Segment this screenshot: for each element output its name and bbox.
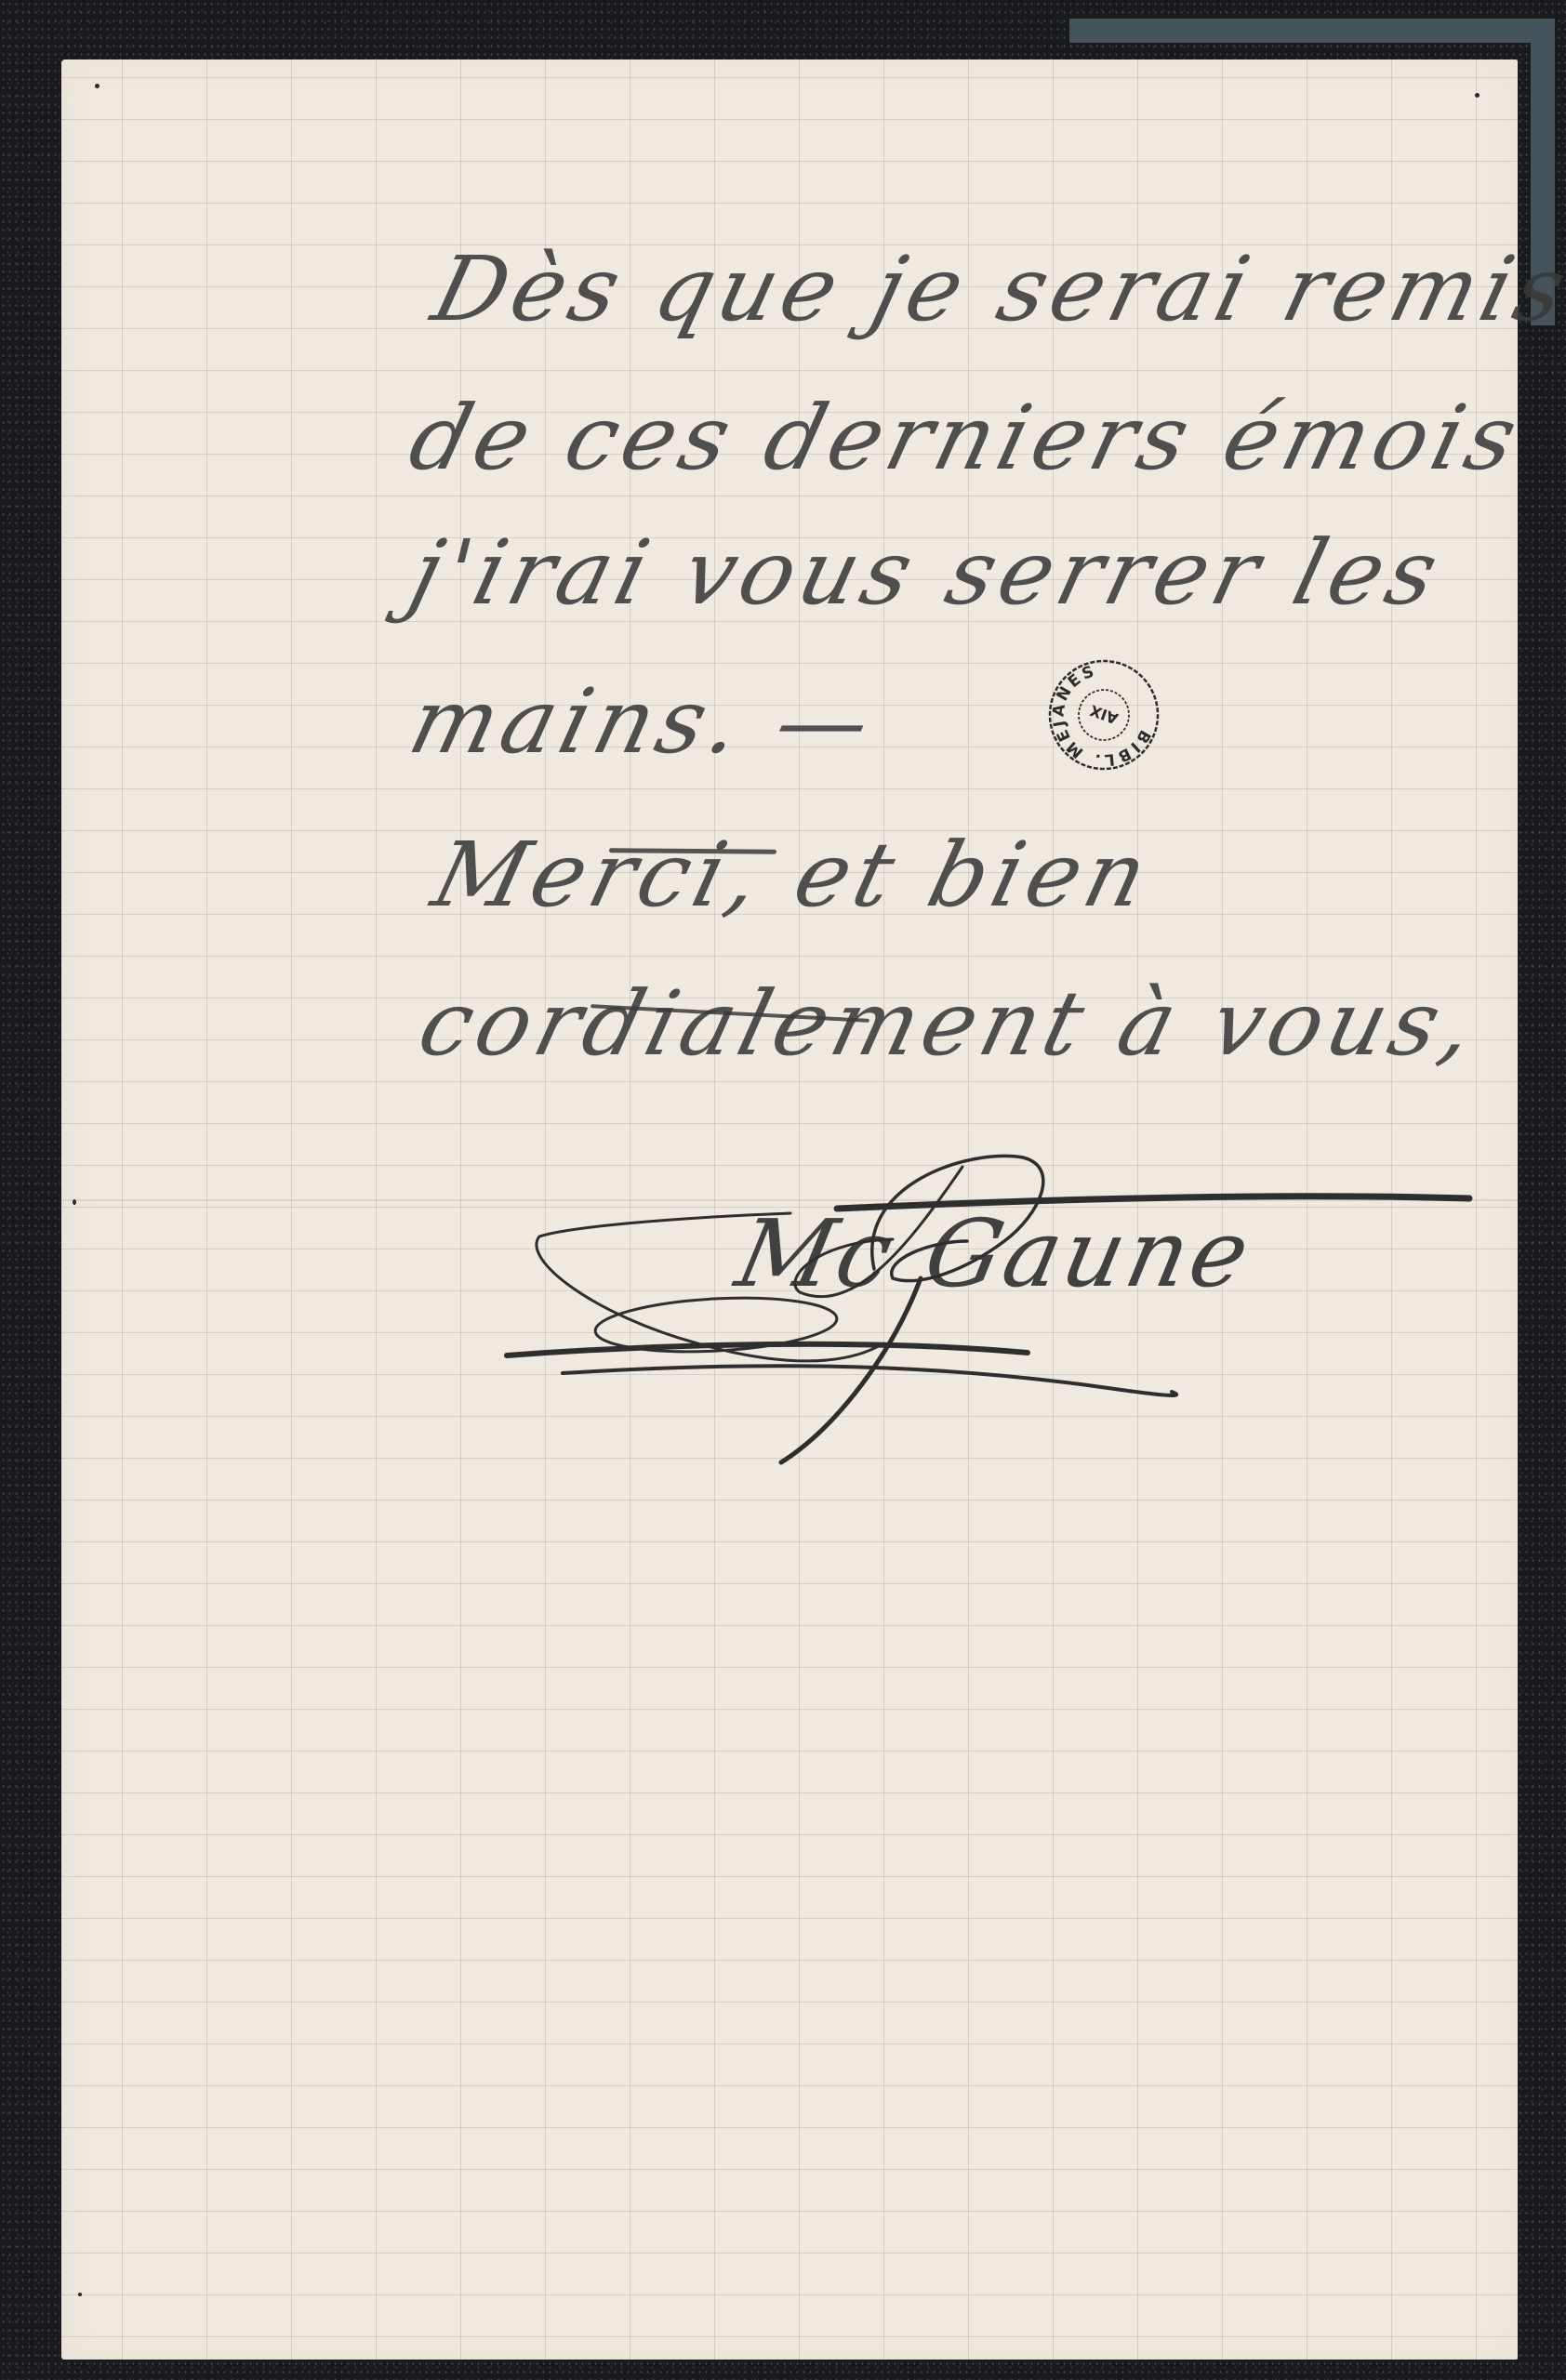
letter-line-1: Dès que je serai remis [423,237,1566,341]
library-stamp: BIBL. MÉJANES AIX [1043,654,1164,775]
letter-line-6: cordialement à vous, [409,972,1490,1076]
ink-speck [95,84,100,88]
ink-speck [1475,93,1480,98]
letter-line-3: j'irai vous serrer les [400,521,1453,625]
stamp-center-text: AIX [1087,701,1121,728]
letter-line-2: de ces derniers émois [400,386,1533,490]
corner-bar-horizontal [1069,19,1555,43]
ink-speck [78,2293,82,2296]
ink-speck [73,1199,76,1205]
signature-text: Mc Gaune [728,1199,1263,1308]
letter-line-5: Merci, et bien [423,823,1162,927]
letter-line-4: mains. — [400,669,886,773]
